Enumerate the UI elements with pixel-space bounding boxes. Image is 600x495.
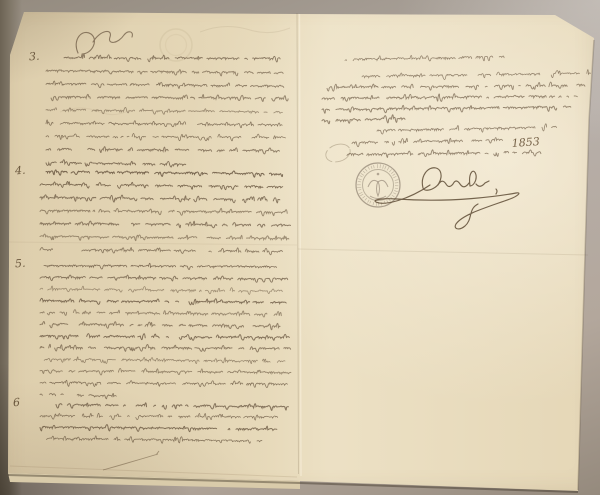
handwriting-line [362,70,590,80]
handwriting-line [46,70,289,76]
seal-ring-text-mark [395,180,399,181]
seal-ring-text-mark [374,165,375,168]
handwriting-line [40,286,282,294]
seal-ring-text-mark [368,167,370,170]
handwriting-line [46,81,284,88]
seal-ring-text-mark [360,175,363,177]
handwriting-line [40,195,280,203]
seal-ring-text-mark [371,166,372,169]
seal-ring-text-mark [373,202,374,205]
handwriting-line [40,425,285,432]
seal-ring-text-mark [368,200,370,203]
seal-ring-text-mark [363,171,365,173]
handwriting-line [46,160,193,167]
horizontal-crease-left [9,242,297,245]
handwriting-layer: 1853 [0,0,600,495]
paper-edge-shadow-right [578,40,594,490]
seal-ring-text-mark [361,173,364,175]
handwriting-line [46,147,279,154]
center-fold-highlight [300,14,302,476]
seal-ring-text-mark [389,169,391,172]
handwriting-line [40,310,281,317]
seal-ring-text-mark [383,165,384,169]
seal-ring-text-mark [391,172,394,174]
stray-pen-stroke [103,451,159,470]
seal-ring-text-mark [359,192,362,194]
handwriting-line [40,298,286,304]
embossed-blind-stamp-inner [166,35,187,56]
handwriting-line [40,248,282,255]
seal-ring-text-mark [357,187,361,188]
seal-ring-text-mark [365,198,367,200]
seal-ring-text-mark [393,174,396,176]
seal-ring-text-mark [365,169,367,171]
seal-ring-text-mark [380,164,381,168]
handwriting-line [56,403,288,410]
handwriting-line [44,357,285,364]
seal-ring-text-mark [395,188,398,189]
seal-ring-text-mark [358,189,361,190]
photograph-background: 3. 4. 5. 6 1853 [0,0,600,495]
seal-ring-text-mark [370,201,371,204]
handwriting-line [327,82,585,91]
dateline-year: 1853 [511,135,540,150]
handwriting-line [40,380,287,387]
seal-ring-text-mark [363,196,366,198]
handwriting-line [46,120,282,128]
seal-ring-text-mark [358,181,361,182]
handwriting-line [345,55,504,61]
handwriting-line [46,170,289,177]
handwriting-line [40,275,288,282]
handwriting-line [377,124,556,134]
ink-bleed-ghost [200,26,290,32]
signature-autograph [375,168,519,229]
heading-initial-flourish [76,31,132,54]
seal-crown-dot [377,173,380,176]
round-ink-seal-stamp [356,163,400,207]
handwriting-line [40,208,287,215]
handwriting-line [322,94,577,102]
seal-ring-text-mark [393,193,396,194]
handwriting-line [347,150,547,158]
seal-ring-text-mark [394,191,398,192]
handwriting-line [40,234,289,240]
seal-ring-text-mark [395,183,398,184]
handwriting-line [40,393,116,398]
seal-ring-text-mark [385,166,387,170]
handwriting-line [46,133,286,140]
handwriting-line [46,436,262,443]
pencil-oval-mark [323,141,352,165]
seal-ring-text-mark [387,167,389,170]
handwriting-line [322,115,405,124]
handwriting-line [40,334,289,341]
horizontal-crease-right [298,249,588,255]
handwriting-line [352,138,503,147]
handwriting-line [44,263,282,269]
handwriting-line [40,221,291,228]
handwriting-line [40,368,291,375]
handwriting-line [51,94,288,101]
handwriting-line [40,322,280,330]
seal-ring-text-mark [392,195,395,197]
seal-ring-text-mark [360,194,363,196]
seal-eagle-emblem [368,180,388,198]
embossed-blind-stamp [160,29,192,61]
handwriting-line [40,181,283,189]
seal-ring-text-mark [393,176,396,178]
handwriting-line [40,413,278,420]
handwriting-line [322,105,571,113]
seal-ring-text-mark [358,179,361,180]
handwriting-line [40,344,291,352]
center-fold-crease [297,13,299,474]
